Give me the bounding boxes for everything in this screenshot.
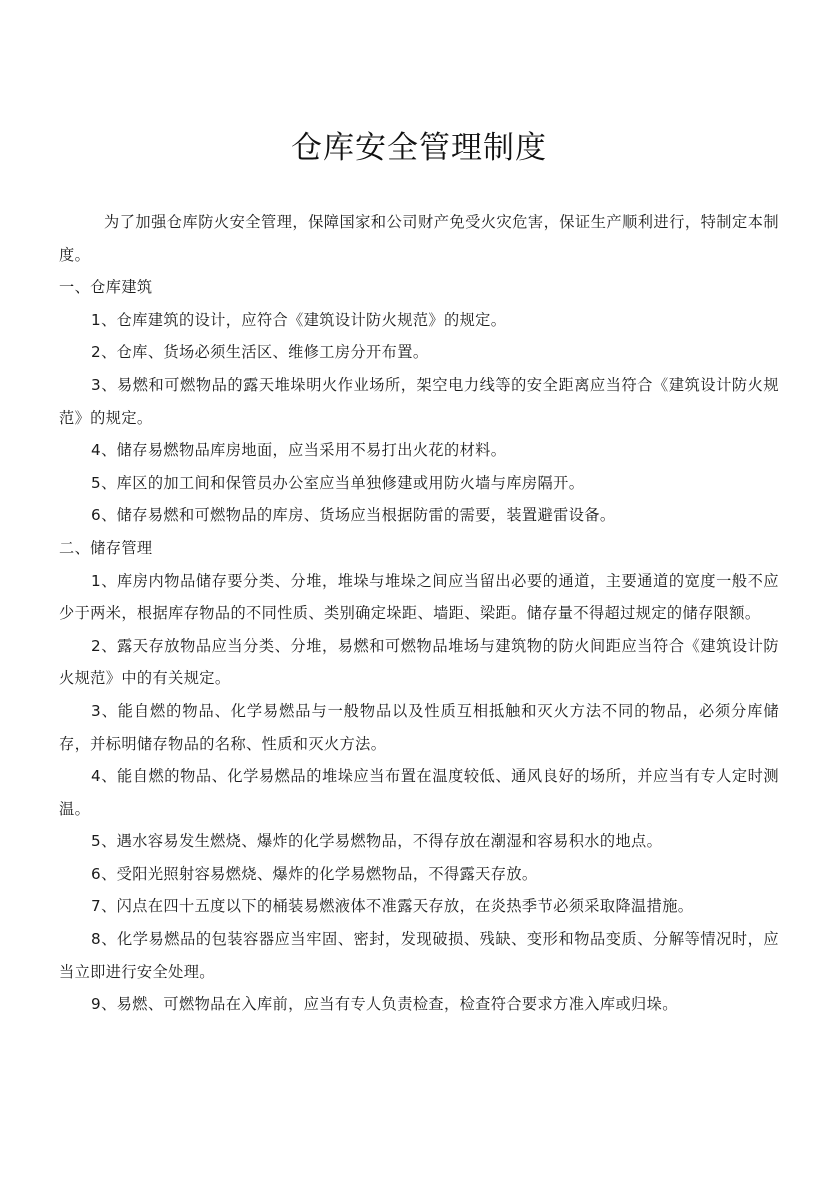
storage-item: 3、能自燃的物品、化学易燃品与一般物品以及性质互相抵触和灭火方法不同的物品，必须… — [59, 695, 779, 760]
building-item: 4、储存易燃物品库房地面，应当采用不易打出火花的材料。 — [59, 434, 779, 467]
document-title: 仓库安全管理制度 — [59, 126, 779, 170]
building-item: 5、库区的加工间和保管员办公室应当单独修建或用防火墙与库房隔开。 — [59, 467, 779, 500]
storage-item: 2、露天存放物品应当分类、分堆，易燃和可燃物品堆场与建筑物的防火间距应当符合《建… — [59, 630, 779, 695]
storage-item: 5、遇水容易发生燃烧、爆炸的化学易燃物品，不得存放在潮湿和容易积水的地点。 — [59, 825, 779, 858]
section-heading-storage: 二、储存管理 — [59, 532, 779, 565]
storage-item: 9、易燃、可燃物品在入库前，应当有专人负责检查，检查符合要求方准入库或归垛。 — [59, 988, 779, 1021]
section-heading-building: 一、仓库建筑 — [59, 271, 779, 304]
storage-item: 4、能自燃的物品、化学易燃品的堆垛应当布置在温度较低、通风良好的场所，并应当有专… — [59, 760, 779, 825]
building-item: 2、仓库、货场必须生活区、维修工房分开布置。 — [59, 336, 779, 369]
building-item: 1、仓库建筑的设计，应符合《建筑设计防火规范》的规定。 — [59, 304, 779, 337]
document-body: 为了加强仓库防火安全管理，保障国家和公司财产免受火灾危害，保证生产顺利进行，特制… — [59, 206, 779, 1021]
building-item: 6、储存易燃和可燃物品的库房、货场应当根据防雷的需要，装置避雷设备。 — [59, 499, 779, 532]
building-item: 3、易燃和可燃物品的露天堆垛明火作业场所，架空电力线等的安全距离应当符合《建筑设… — [59, 369, 779, 434]
storage-item: 6、受阳光照射容易燃烧、爆炸的化学易燃物品，不得露天存放。 — [59, 858, 779, 891]
intro-paragraph: 为了加强仓库防火安全管理，保障国家和公司财产免受火灾危害，保证生产顺利进行，特制… — [59, 206, 779, 271]
storage-item: 7、闪点在四十五度以下的桶装易燃液体不准露天存放，在炎热季节必须采取降温措施。 — [59, 890, 779, 923]
storage-item: 8、化学易燃品的包装容器应当牢固、密封，发现破损、残缺、变形和物品变质、分解等情… — [59, 923, 779, 988]
storage-item: 1、库房内物品储存要分类、分堆，堆垛与堆垛之间应当留出必要的通道，主要通道的宽度… — [59, 565, 779, 630]
